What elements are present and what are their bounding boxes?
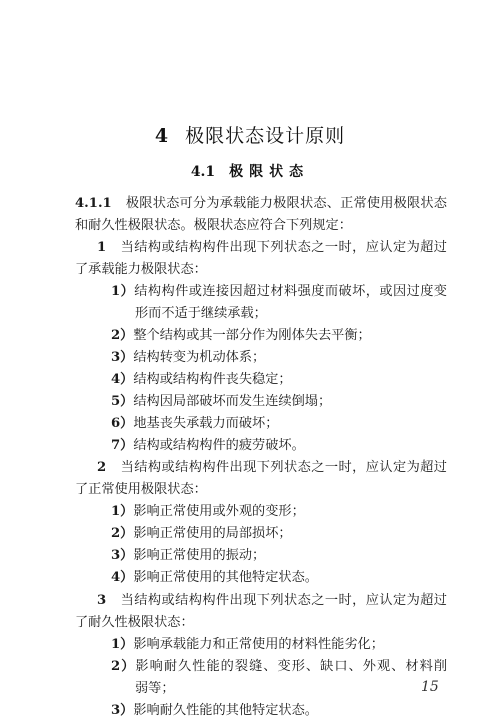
paragraph-text: 当结构或结构构件出现下列状态之一时，应认定为超过 <box>120 460 447 475</box>
item-marker: 3） <box>111 548 133 563</box>
section-title: 4.1极限状态 <box>0 161 500 181</box>
list-item: 4）影响正常使用的其他特定状态。 <box>111 570 318 586</box>
paragraph-text: 当结构或结构构件出现下列状态之一时，应认定为超过 <box>120 240 447 255</box>
item-marker: 3） <box>111 703 133 718</box>
paragraph-number: 1 <box>97 240 106 255</box>
item-marker: 2） <box>111 659 135 674</box>
list-item: 4）结构或结构构件丧失稳定； <box>111 372 292 388</box>
list-item: 2）影响耐久性能的裂缝、变形、缺口、外观、材料削 <box>111 659 447 675</box>
section-number: 4.1 <box>191 164 215 180</box>
list-item: 3）影响正常使用的振动； <box>111 548 265 564</box>
item-text: 影响承载能力和正常使用的材料性能劣化； <box>133 637 384 652</box>
list-item: 1）结构构件或连接因超过材料强度而破坏，或因过度变 <box>111 284 447 300</box>
item-marker: 7） <box>111 438 133 453</box>
item-text: 影响正常使用或外观的变形； <box>133 504 304 519</box>
item-text: 结构构件或连接因超过材料强度而破坏，或因过度变 <box>134 284 447 299</box>
item-text: 影响耐久性能的其他特定状态。 <box>133 703 318 718</box>
list-item: 1）影响承载能力和正常使用的材料性能劣化； <box>111 637 384 653</box>
paragraph-3-line-2: 了耐久性极限状态： <box>75 615 194 631</box>
paragraph-2-line-1: 2当结构或结构构件出现下列状态之一时，应认定为超过 <box>97 460 447 476</box>
item-text: 结构转变为机动体系； <box>133 350 265 365</box>
list-item: 1）影响正常使用或外观的变形； <box>111 504 305 520</box>
chapter-title: 4极限状态设计原则 <box>0 121 500 148</box>
item-marker: 1） <box>111 284 134 299</box>
chapter-title-text: 极限状态设计原则 <box>185 125 345 147</box>
item-marker: 3） <box>111 350 133 365</box>
page-number: 15 <box>421 679 439 695</box>
paragraph-number: 3 <box>97 593 106 608</box>
item-text: 结构因局部破坏而发生连续倒塌； <box>133 394 331 409</box>
list-item-continuation: 弱等； <box>135 681 175 697</box>
list-item: 2）整个结构或其一部分作为刚体失去平衡； <box>111 328 371 344</box>
item-marker: 4） <box>111 372 133 387</box>
item-text: 影响正常使用的局部损坏； <box>133 526 291 541</box>
paragraph-1-line-1: 1当结构或结构构件出现下列状态之一时，应认定为超过 <box>97 240 447 256</box>
list-item: 2）影响正常使用的局部损坏； <box>111 526 292 542</box>
item-text: 整个结构或其一部分作为刚体失去平衡； <box>133 328 370 343</box>
item-marker: 1） <box>111 504 133 519</box>
chapter-number: 4 <box>155 125 169 147</box>
item-text: 影响耐久性能的裂缝、变形、缺口、外观、材料削 <box>135 659 447 674</box>
list-item: 5）结构因局部破坏而发生连续倒塌； <box>111 394 331 410</box>
item-marker: 5） <box>111 394 133 409</box>
clause-line-2: 和耐久性极限状态。极限状态应符合下列规定： <box>75 218 352 234</box>
list-item-continuation: 形而不适于继续承载； <box>135 306 267 322</box>
item-marker: 2） <box>111 328 133 343</box>
list-item: 6）地基丧失承载力而破坏； <box>111 416 278 432</box>
clause-text: 极限状态可分为承载能力极限状态、正常使用极限状态 <box>126 196 447 211</box>
list-item: 3）影响耐久性能的其他特定状态。 <box>111 703 318 719</box>
paragraph-number: 2 <box>97 460 106 475</box>
item-marker: 6） <box>111 416 133 431</box>
paragraph-text: 当结构或结构构件出现下列状态之一时，应认定为超过 <box>120 593 447 608</box>
list-item: 3）结构转变为机动体系； <box>111 350 265 366</box>
paragraph-2-line-2: 了正常使用极限状态： <box>75 482 207 498</box>
clause-line-1: 4.1.1极限状态可分为承载能力极限状态、正常使用极限状态 <box>75 196 447 212</box>
item-text: 影响正常使用的其他特定状态。 <box>133 570 318 585</box>
item-text: 影响正常使用的振动； <box>133 548 265 563</box>
paragraph-3-line-1: 3当结构或结构构件出现下列状态之一时，应认定为超过 <box>97 593 447 609</box>
item-text: 结构或结构构件丧失稳定； <box>133 372 291 387</box>
item-text: 结构或结构构件的疲劳破坏。 <box>133 438 304 453</box>
item-marker: 1） <box>111 637 133 652</box>
section-title-text: 极限状态 <box>229 164 309 180</box>
item-marker: 4） <box>111 570 133 585</box>
paragraph-1-line-2: 了承载能力极限状态： <box>75 262 207 278</box>
item-marker: 2） <box>111 526 133 541</box>
document-page: 4极限状态设计原则 4.1极限状态 4.1.1极限状态可分为承载能力极限状态、正… <box>0 0 500 724</box>
list-item: 7）结构或结构构件的疲劳破坏。 <box>111 438 305 454</box>
clause-number: 4.1.1 <box>75 196 112 211</box>
item-text: 地基丧失承载力而破坏； <box>133 416 278 431</box>
